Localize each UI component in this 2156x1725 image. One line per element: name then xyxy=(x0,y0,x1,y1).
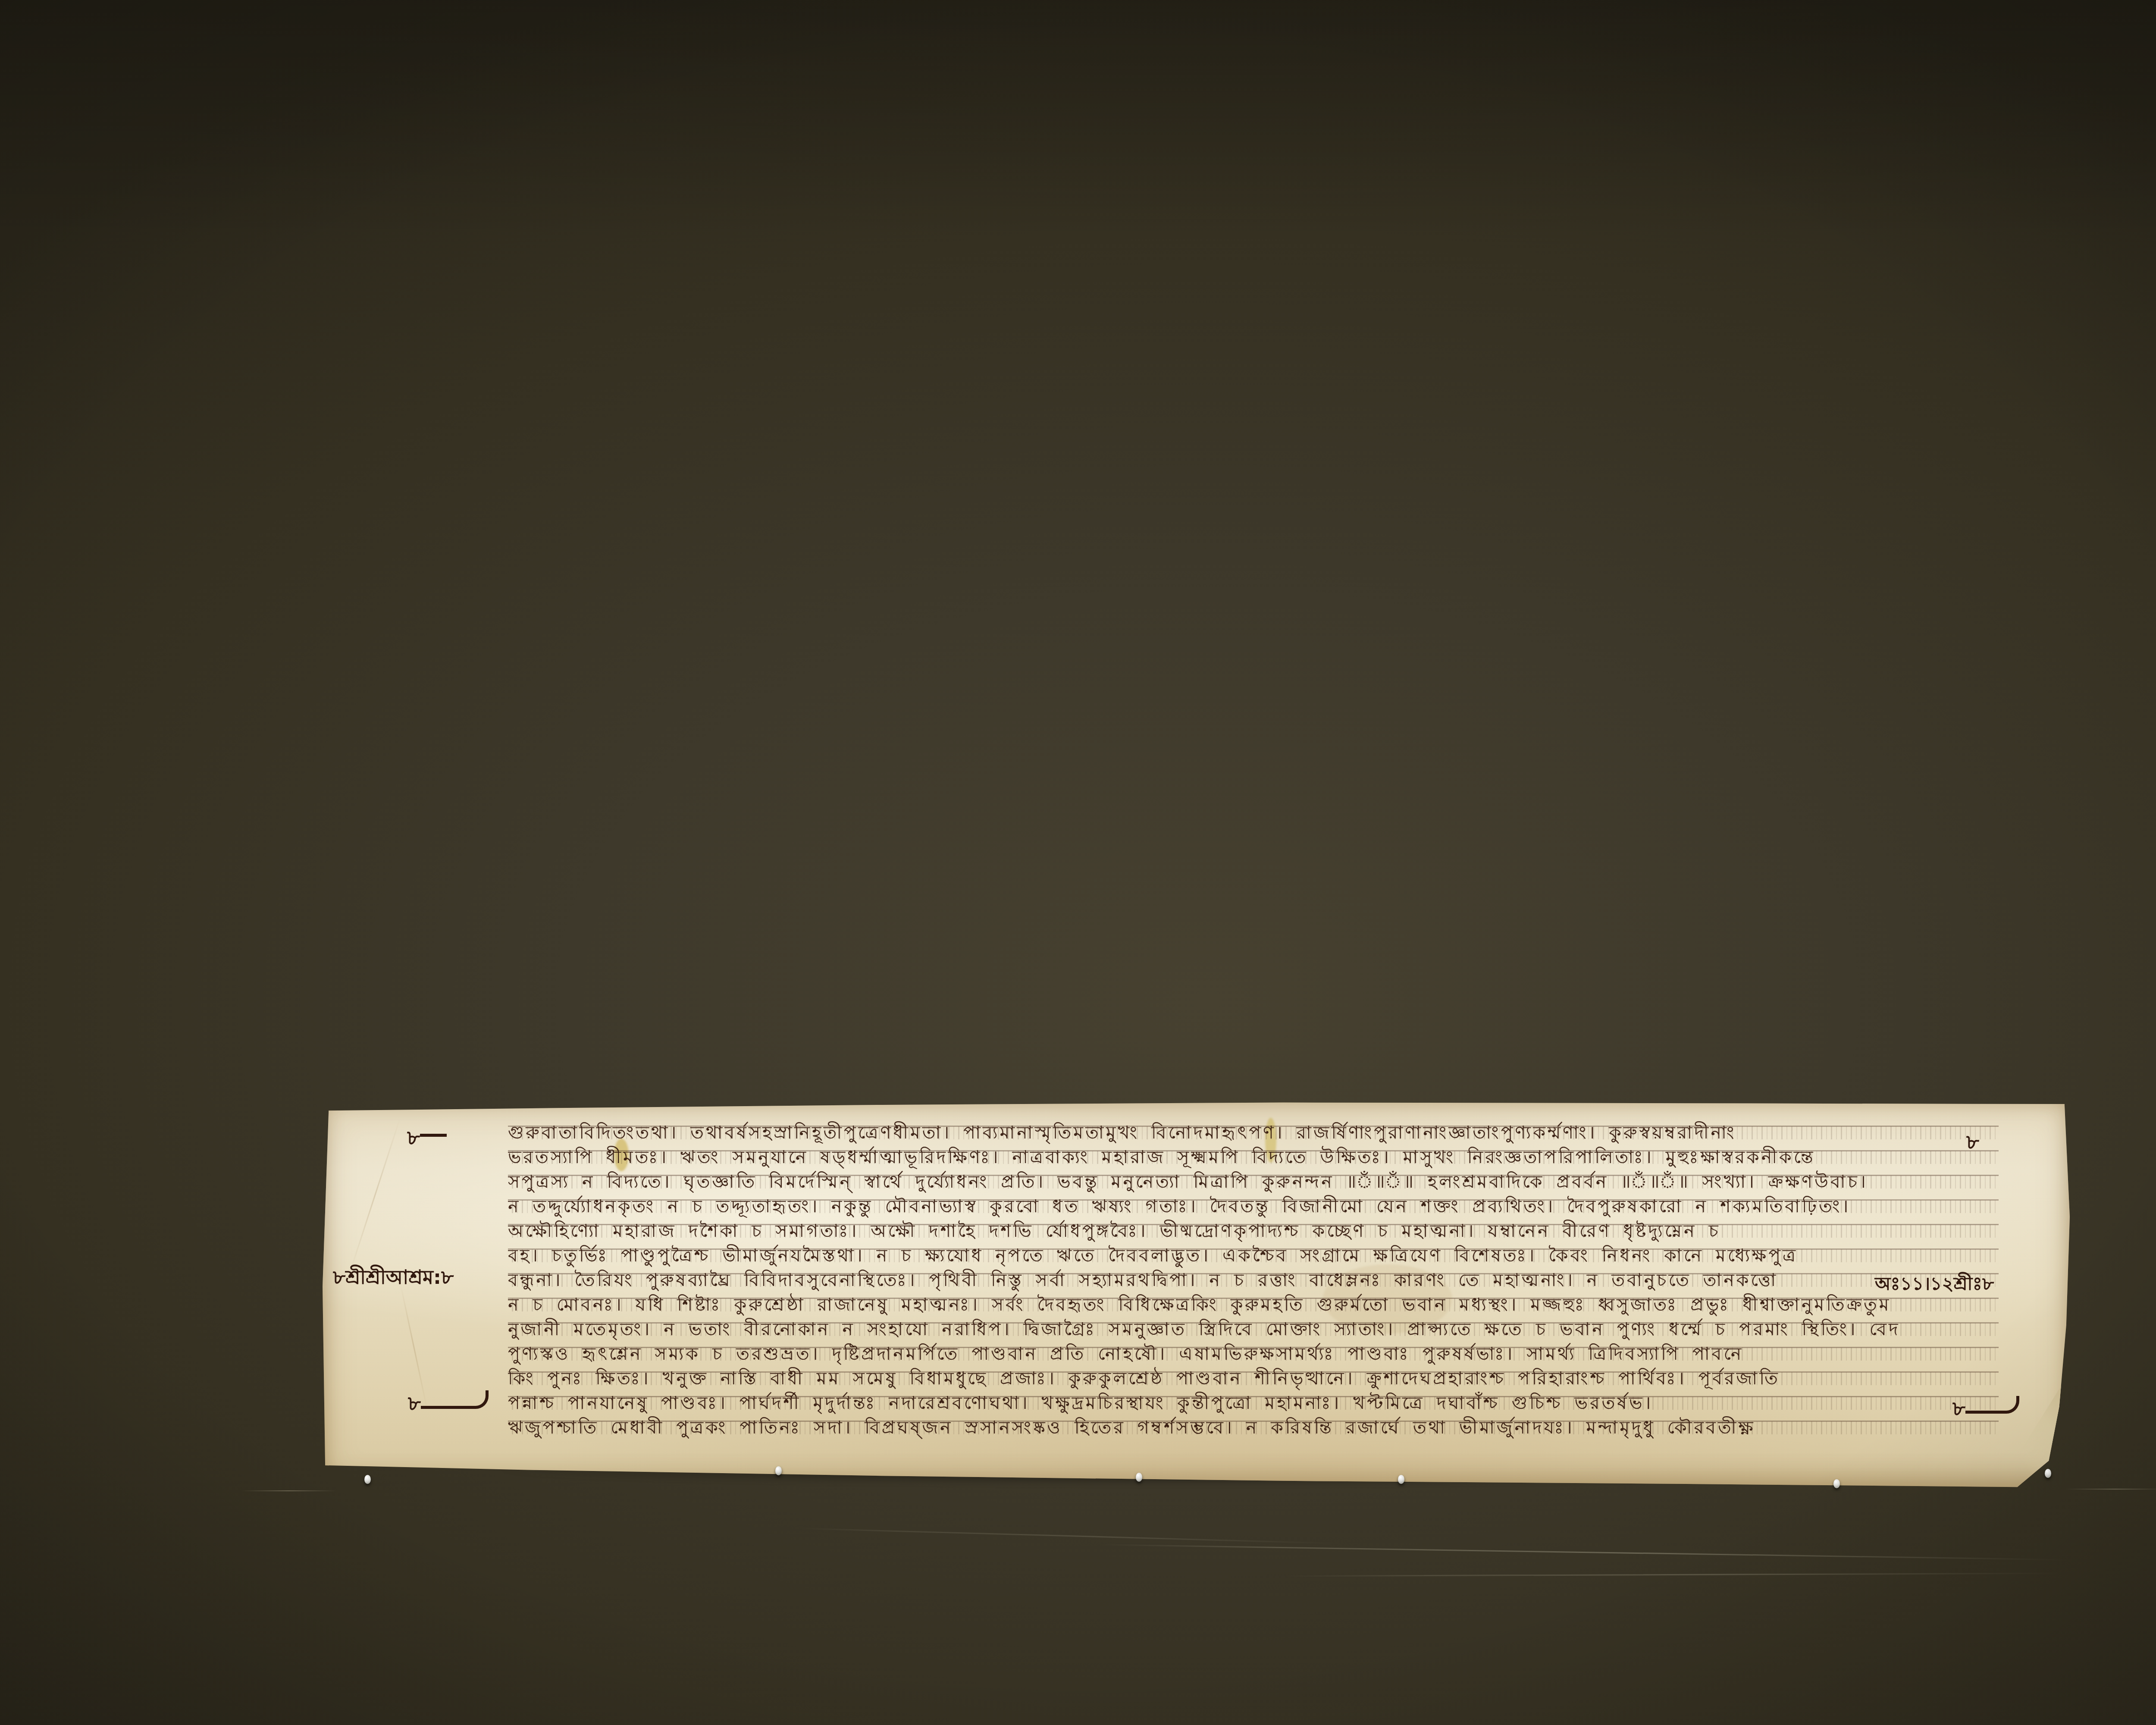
manuscript-line: ন তদ্দুর্য্যোধনকৃতং ন চ তদ্দ্যূতাহৃতং। ন… xyxy=(508,1194,2014,1219)
folio-number-bottom-left-glyph: ৮ xyxy=(408,1392,421,1415)
manuscript-line: পুণ্যস্কও হৃৎশ্লেন সম্যক চ তরশুভ্রত। দৃষ… xyxy=(508,1342,2014,1366)
folio-number-top-left: ৮ xyxy=(407,1123,447,1156)
pin-icon xyxy=(364,1475,371,1484)
numeral-tail xyxy=(420,1129,447,1137)
pin-icon xyxy=(1398,1475,1404,1484)
manuscript-line: কিং পুনঃ ক্ষিতঃ। খনুক্ত নাস্তি বাধী মম স… xyxy=(508,1366,2014,1391)
manuscript-line: বন্ধুনা। তৈরিযং পুরুষব্যাঘ্রৈ বিবিদাবসুব… xyxy=(508,1268,2014,1292)
folio-number-bottom-left: ৮ xyxy=(408,1389,489,1421)
folio-number-top-left-glyph: ৮ xyxy=(407,1126,420,1149)
numeral-tail xyxy=(421,1390,489,1409)
pin-icon xyxy=(1833,1479,1840,1488)
pin-icon xyxy=(775,1466,782,1475)
mat-seam-right xyxy=(2065,1489,2156,1490)
manuscript-strip: ৮ ৮শ্রীশ্রীআশ্রম:৮ ৮ ৮ অঃ১১।১২শ্রীঃ৮ ৮ গ… xyxy=(323,1101,2070,1488)
scratch-line xyxy=(1100,1544,2070,1560)
manuscript-line: ন চ মোবনঃ। যধি শিষ্টাঃ কুরুশ্রেষ্ঠা রাজা… xyxy=(508,1292,2014,1317)
manuscript-line: নুজানী মতেমৃতং। ন ভতাং বীরনোকান ন সংহাযো… xyxy=(508,1317,2014,1342)
marginal-title-left: ৮শ্রীশ্রীআশ্রম:৮ xyxy=(333,1263,454,1295)
manuscript-line: ভরতস্যাপি ধীমতঃ। ঋতং সমনুযানে ষড্ধর্ম্মা… xyxy=(508,1145,2014,1170)
manuscript-line: অক্ষৌহিণ্যো মহারাজ দশৈকা চ সমাগতাঃ। অক্ষ… xyxy=(508,1219,2014,1243)
photo-backdrop: ৮ ৮শ্রীশ্রীআশ্রম:৮ ৮ ৮ অঃ১১।১২শ্রীঃ৮ ৮ গ… xyxy=(0,0,2156,1725)
scratch-line xyxy=(798,1528,1337,1544)
manuscript-line: সপুত্রস্য ন বিদ্যতে। ঘৃতজ্ঞাতি বিমর্দেস্… xyxy=(508,1170,2014,1194)
manuscript-line: বহ। চতুর্ভিঃ পাণ্ডুপুত্রৈশ্চ ভীমার্জুনযম… xyxy=(508,1243,2014,1268)
manuscript-line: পন্নাশ্চ পানযানেষু পাণ্ডবঃ। পার্ঘদর্শী ম… xyxy=(508,1391,2014,1415)
manuscript-line: ঋজুপশ্চাতি মেধাবী পুত্রকং পাতিনঃ সদা। বি… xyxy=(508,1415,2014,1440)
pin-icon xyxy=(2045,1469,2051,1478)
paper-crease xyxy=(349,1117,401,1273)
manuscript-text-block: গুরুবাতাবিদিতংতথা। তথাবর্ষসহস্রানিহূতীপু… xyxy=(508,1120,2014,1440)
scratch-line xyxy=(1285,1573,2061,1577)
pin-icon xyxy=(1136,1473,1142,1482)
manuscript-line: গুরুবাতাবিদিতংতথা। তথাবর্ষসহস্রানিহূতীপু… xyxy=(508,1120,2014,1145)
